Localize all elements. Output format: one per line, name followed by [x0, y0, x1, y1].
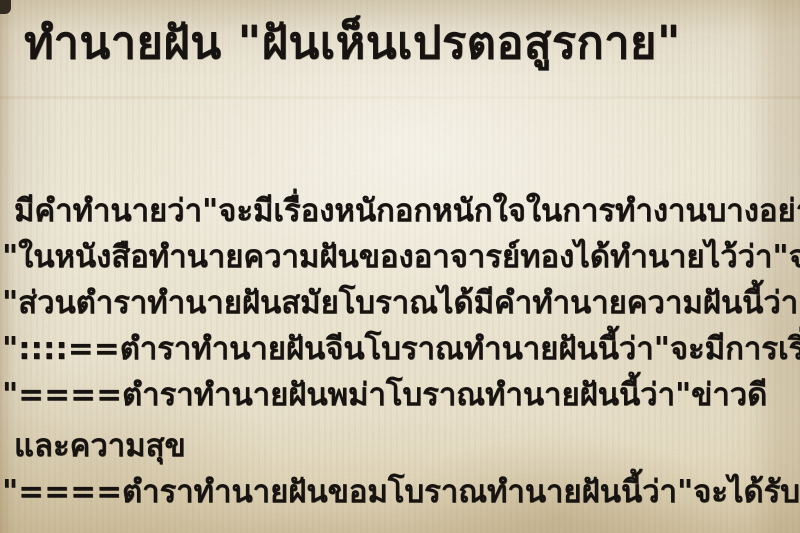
body-line: มีคำทำนายว่า"จะมีเรื่องหนักอกหนักใจในการ…: [0, 188, 800, 234]
paper-seam-line: [0, 96, 800, 99]
body-line: "::::==ตำราทำนายฝันจีนโบราณทำนายฝันนี้ว่…: [0, 326, 800, 372]
body-line: "====ตำราทำนายฝันพม่าโบราณทำนายฝันนี้ว่า…: [0, 372, 800, 418]
corner-ink-mark: [0, 0, 11, 14]
paper-page: ทำนายฝัน "ฝันเห็นเปรตอสูรกาย" มีคำทำนายว…: [0, 0, 800, 533]
prediction-text-block: มีคำทำนายว่า"จะมีเรื่องหนักอกหนักใจในการ…: [0, 188, 800, 515]
body-line: "ในหนังสือทำนายความฝันของอาจารย์ทองได้ทำ…: [0, 234, 800, 280]
body-line: และความสุข: [0, 423, 800, 469]
body-line: "ส่วนตำราทำนายฝันสมัยโบราณได้มีคำทำนายคว…: [0, 280, 800, 326]
body-line: "====ตำราทำนายฝันขอมโบราณทำนายฝันนี้ว่า"…: [0, 469, 800, 515]
page-title: ทำนายฝัน "ฝันเห็นเปรตอสูรกาย": [24, 12, 800, 74]
